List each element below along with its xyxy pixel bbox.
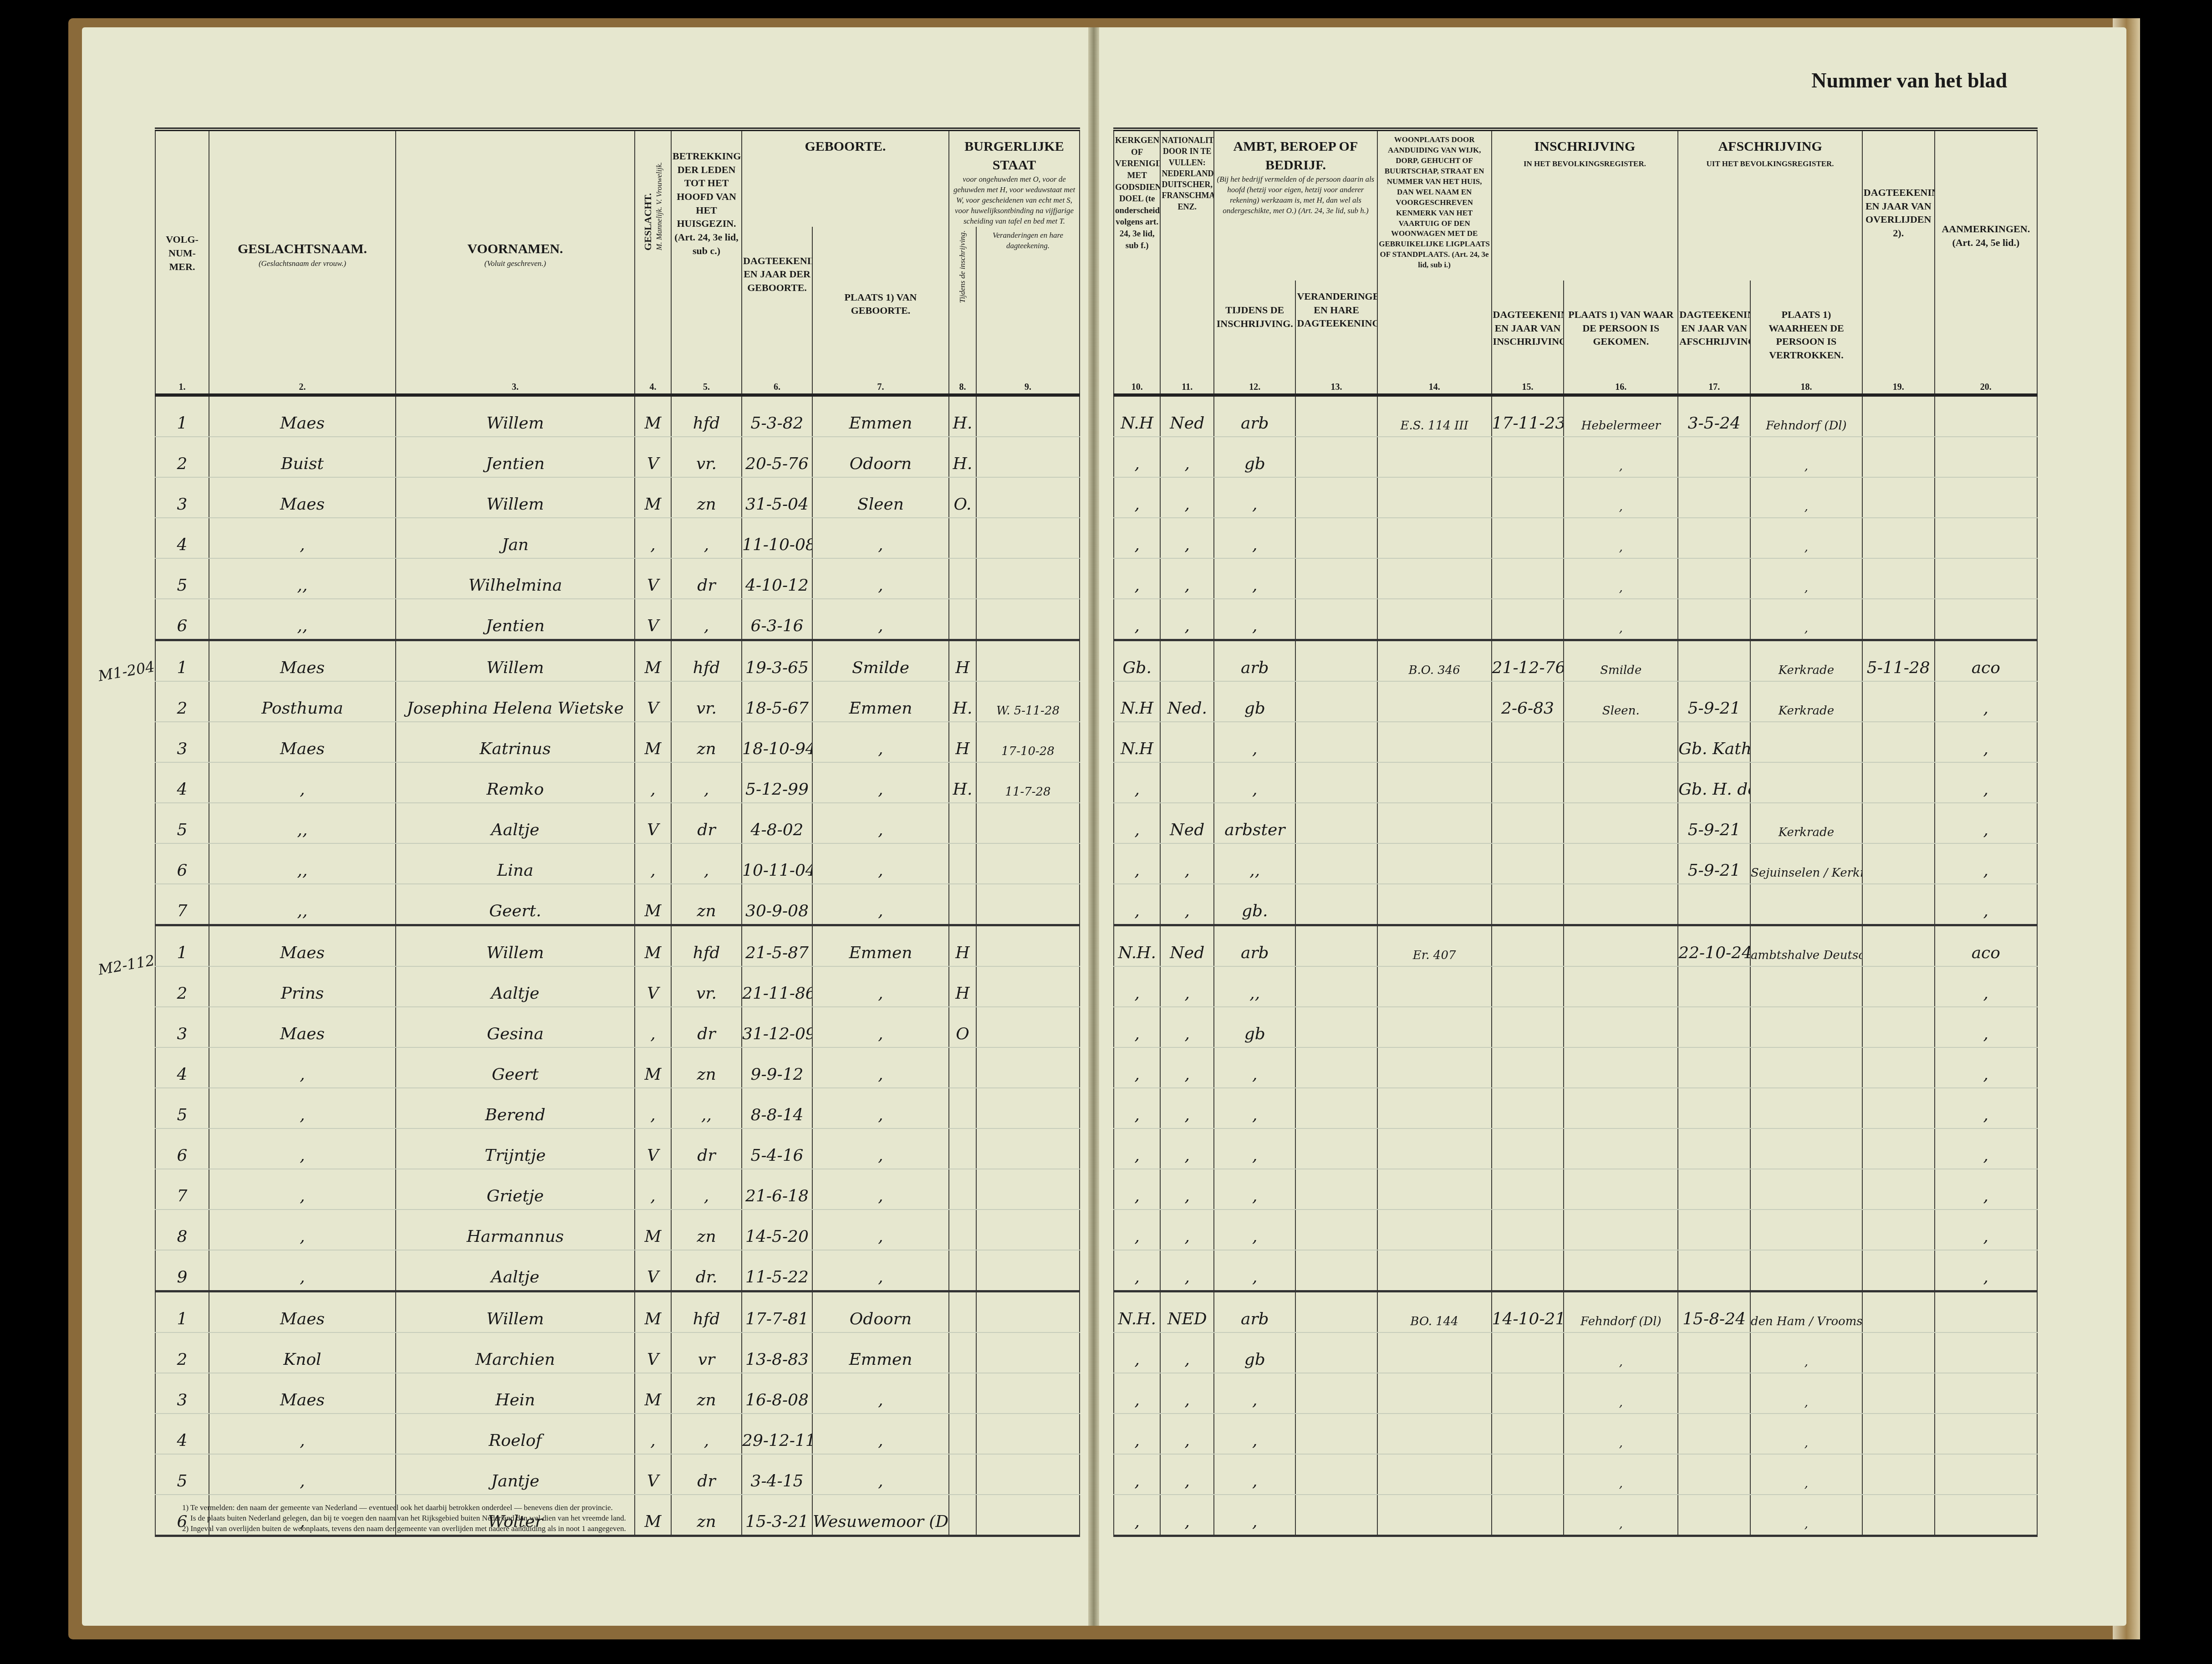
cell-dob: 11-5-22 [742, 1250, 812, 1291]
cell-woon [1377, 1088, 1492, 1128]
cell-pob: Emmen [812, 925, 949, 967]
cell-dob: 31-12-09 [742, 1007, 812, 1047]
cell-ber_ch [1295, 843, 1377, 884]
cell-aant [1935, 1495, 2037, 1536]
cell-sur: Buist [209, 437, 396, 477]
col-aanmerkingen-header: AANMERKINGEN. (Art. 24, 5e lid.) [1935, 129, 2037, 372]
cell-st: H. [949, 437, 976, 477]
cell-in_p: , [1564, 1454, 1678, 1495]
cell-ber_ch [1295, 1210, 1377, 1250]
cell-nat: Ned [1160, 395, 1214, 437]
cell-ch [976, 558, 1080, 599]
cell-woon [1377, 599, 1492, 640]
burgerlijke-staat-group-header: BURGERLIJKE STAATvoor ongehuwden met O, … [949, 129, 1080, 227]
cell-st [949, 1373, 976, 1414]
cell-nat: , [1160, 1250, 1214, 1291]
cell-beroep: , [1214, 1454, 1295, 1495]
cell-nat: , [1160, 518, 1214, 558]
cell-kerk: , [1114, 884, 1160, 925]
register-row: 5,,AaltjeVdr4-8-02, [155, 803, 1080, 843]
cell-in_p: , [1564, 599, 1678, 640]
cell-dob: 15-3-21 [742, 1495, 812, 1536]
cell-beroep: ,, [1214, 843, 1295, 884]
cell-kerk: , [1114, 477, 1160, 518]
cell-aant [1935, 558, 2037, 599]
cell-dob: 13-8-83 [742, 1332, 812, 1373]
col-afschrijving-plaats-header: PLAATS 1) WAARHEEN DE PERSOON IS VERTROK… [1750, 281, 1862, 372]
cell-in_d [1492, 1128, 1564, 1169]
cell-ber_ch [1295, 803, 1377, 843]
cell-sex: M [635, 640, 671, 682]
cell-dob: 19-3-65 [742, 640, 812, 682]
cell-in_p: , [1564, 1332, 1678, 1373]
cell-af_p: , [1750, 1495, 1862, 1536]
cell-woon: E.S. 114 III [1377, 395, 1492, 437]
cell-rel: , [671, 518, 742, 558]
cell-af_d [1678, 1373, 1750, 1414]
cell-ber_ch [1295, 395, 1377, 437]
cell-n: 4 [155, 1414, 209, 1454]
cell-ch [976, 1291, 1080, 1333]
cell-woon [1377, 437, 1492, 477]
cell-ber_ch [1295, 1250, 1377, 1291]
col-overlijden-header: DAGTEEKENING EN JAAR VAN OVERLIJDEN 2). [1862, 129, 1935, 372]
register-row: ,,,,, [1114, 599, 2037, 640]
cell-dood [1862, 437, 1935, 477]
cell-rel: , [671, 599, 742, 640]
register-row: 6,,JentienV,6-3-16, [155, 599, 1080, 640]
cell-dob: 30-9-08 [742, 884, 812, 925]
cell-woon [1377, 1414, 1492, 1454]
cell-woon: BO. 144 [1377, 1291, 1492, 1333]
cell-pob: , [812, 1047, 949, 1088]
cell-beroep: , [1214, 1128, 1295, 1169]
cell-aant [1935, 437, 2037, 477]
cell-rel: zn [671, 477, 742, 518]
register-row: N.H.NedarbEr. 40722-10-24ambtshalve Deut… [1114, 925, 2037, 967]
cell-woon: Er. 407 [1377, 925, 1492, 967]
cell-sex: M [635, 395, 671, 437]
cell-in_p: , [1564, 437, 1678, 477]
cell-nat: , [1160, 599, 1214, 640]
cell-sex: M [635, 1210, 671, 1250]
cell-n: 4 [155, 518, 209, 558]
cell-st [949, 1332, 976, 1373]
cell-nat: , [1160, 1454, 1214, 1495]
cell-rel: dr [671, 558, 742, 599]
cell-af_d [1678, 1495, 1750, 1536]
cell-pob: Emmen [812, 681, 949, 722]
cell-dood [1862, 395, 1935, 437]
cell-kerk: , [1114, 1128, 1160, 1169]
cell-pob: , [812, 722, 949, 762]
cell-given: Aaltje [396, 1250, 635, 1291]
col-inschrijving-datum-header: DAGTEEKENING EN JAAR VAN INSCHRIJVING. [1492, 281, 1564, 372]
register-row: ,,,, [1114, 1047, 2037, 1088]
cell-pob: , [812, 1128, 949, 1169]
cell-pob: , [812, 1373, 949, 1414]
cell-af_p: , [1750, 1454, 1862, 1495]
cell-af_d [1678, 1169, 1750, 1210]
cell-ch [976, 1169, 1080, 1210]
cell-given: Willem [396, 477, 635, 518]
cell-af_p: Kerkrade [1750, 640, 1862, 682]
cell-sex: M [635, 925, 671, 967]
cell-rel: dr. [671, 1250, 742, 1291]
cell-dob: 16-8-08 [742, 1373, 812, 1414]
cell-sur: Maes [209, 1373, 396, 1414]
cell-woon [1377, 884, 1492, 925]
cell-st [949, 1250, 976, 1291]
cell-af_d [1678, 1047, 1750, 1088]
cell-dood [1862, 762, 1935, 803]
register-row: N.HNed.gb2-6-83Sleen.5-9-21Kerkrade, [1114, 681, 2037, 722]
cell-ber_ch [1295, 884, 1377, 925]
cell-in_d [1492, 1454, 1564, 1495]
cell-in_d [1492, 1047, 1564, 1088]
cell-ber_ch [1295, 1373, 1377, 1414]
cell-pob: , [812, 1088, 949, 1128]
cell-dob: 21-11-86 [742, 966, 812, 1007]
cell-dood [1862, 1088, 1935, 1128]
cell-af_p [1750, 1007, 1862, 1047]
cell-af_d [1678, 477, 1750, 518]
cell-ch [976, 437, 1080, 477]
cell-in_d [1492, 1373, 1564, 1414]
cell-dob: 20-5-76 [742, 437, 812, 477]
cell-af_p: , [1750, 599, 1862, 640]
cell-st: H. [949, 762, 976, 803]
register-row: 3MaesHeinMzn16-8-08, [155, 1373, 1080, 1414]
cell-nat: , [1160, 884, 1214, 925]
register-row: ,,gb, [1114, 1007, 2037, 1047]
cell-rel: dr [671, 1007, 742, 1047]
cell-pob: , [812, 1007, 949, 1047]
register-row: ,,,,, [1114, 518, 2037, 558]
cell-beroep: gb [1214, 681, 1295, 722]
cell-sur: , [209, 1169, 396, 1210]
cell-nat: , [1160, 1128, 1214, 1169]
cell-dood [1862, 1169, 1935, 1210]
cell-beroep: , [1214, 477, 1295, 518]
cell-woon [1377, 558, 1492, 599]
cell-pob: , [812, 1210, 949, 1250]
cell-ch [976, 1210, 1080, 1250]
register-row: 8,HarmannusMzn14-5-20, [155, 1210, 1080, 1250]
col-geslachtsnaam-header: GESLACHTSNAAM.(Geslachtsnaam der vrouw.) [209, 129, 396, 372]
cell-aant: , [1935, 722, 2037, 762]
cell-in_p: Hebelermeer [1564, 395, 1678, 437]
cell-nat: , [1160, 1169, 1214, 1210]
cell-af_d: 3-5-24 [1678, 395, 1750, 437]
cell-af_d [1678, 599, 1750, 640]
cell-woon [1377, 762, 1492, 803]
cell-pob: Odoorn [812, 437, 949, 477]
cell-rel: ,, [671, 1088, 742, 1128]
cell-nat: , [1160, 1088, 1214, 1128]
cell-aant [1935, 518, 2037, 558]
cell-in_p [1564, 1007, 1678, 1047]
register-row: 5,JantjeVdr3-4-15, [155, 1454, 1080, 1495]
cell-af_p: , [1750, 518, 1862, 558]
cell-af_d [1678, 1210, 1750, 1250]
cell-sur: ,, [209, 558, 396, 599]
cell-kerk: , [1114, 599, 1160, 640]
cell-st [949, 599, 976, 640]
cell-af_d [1678, 884, 1750, 925]
cell-rel: vr [671, 1332, 742, 1373]
register-row: 5,Berend,,,8-8-14, [155, 1088, 1080, 1128]
cell-kerk: , [1114, 1169, 1160, 1210]
cell-in_d: 14-10-21 [1492, 1291, 1564, 1333]
cell-sur: Maes [209, 477, 396, 518]
col-inschrijving-plaats-header: PLAATS 1) VAN WAAR DE PERSOON IS GEKOMEN… [1564, 281, 1678, 372]
cell-st [949, 518, 976, 558]
cell-woon [1377, 681, 1492, 722]
cell-in_d: 21-12-76 [1492, 640, 1564, 682]
cell-rel: hfd [671, 640, 742, 682]
cell-dood [1862, 1495, 1935, 1536]
cell-n: 1 [155, 395, 209, 437]
cell-sur: , [209, 1250, 396, 1291]
cell-woon [1377, 803, 1492, 843]
cell-nat: NED [1160, 1291, 1214, 1333]
register-row: ,,gb., [1114, 884, 2037, 925]
cell-af_p: Sejuinselen / Kerkrade [1750, 843, 1862, 884]
cell-ber_ch [1295, 762, 1377, 803]
cell-af_d [1678, 518, 1750, 558]
right-register-body: N.HNedarbE.S. 114 III17-11-23Hebelermeer… [1114, 395, 2037, 1536]
cell-beroep: , [1214, 722, 1295, 762]
cell-kerk: , [1114, 1414, 1160, 1454]
cell-st [949, 1291, 976, 1333]
cell-beroep: , [1214, 1414, 1295, 1454]
cell-ber_ch [1295, 1291, 1377, 1333]
col-volgnummer-header: VOLG-NUM-MER. [155, 129, 209, 372]
cell-ch [976, 599, 1080, 640]
cell-in_d [1492, 599, 1564, 640]
cell-in_p: , [1564, 477, 1678, 518]
cell-af_d: 5-9-21 [1678, 803, 1750, 843]
cell-n: 1 [155, 1291, 209, 1333]
cell-sex: V [635, 1332, 671, 1373]
cell-sur: , [209, 762, 396, 803]
cell-ch [976, 803, 1080, 843]
register-row: ,,,, [1114, 1169, 2037, 1210]
cell-kerk: , [1114, 518, 1160, 558]
cell-sur: , [209, 518, 396, 558]
cell-sex: V [635, 681, 671, 722]
cell-sex: M [635, 1495, 671, 1536]
register-row: ,,,,, [1114, 477, 2037, 518]
cell-given: Wilhelmina [396, 558, 635, 599]
cell-sur: Prins [209, 966, 396, 1007]
cell-kerk: , [1114, 1088, 1160, 1128]
cell-in_p [1564, 966, 1678, 1007]
cell-in_d [1492, 1088, 1564, 1128]
cell-sur: , [209, 1047, 396, 1088]
cell-n: 1 [155, 640, 209, 682]
cell-kerk: , [1114, 1250, 1160, 1291]
cell-sur: , [209, 1454, 396, 1495]
cell-aant [1935, 1291, 2037, 1333]
cell-n: 6 [155, 599, 209, 640]
cell-af_p: , [1750, 1332, 1862, 1373]
cell-af_d [1678, 966, 1750, 1007]
cell-nat: Ned. [1160, 681, 1214, 722]
cell-kerk: N.H [1114, 681, 1160, 722]
footnotes: 1) Te vermelden: den naam der gemeente v… [182, 1503, 626, 1534]
cell-kerk: , [1114, 1047, 1160, 1088]
cell-dood [1862, 1047, 1935, 1088]
register-row: 5,,WilhelminaVdr4-10-12, [155, 558, 1080, 599]
cell-woon [1377, 1007, 1492, 1047]
cell-woon [1377, 477, 1492, 518]
register-row: ,,,,, [1114, 558, 2037, 599]
cell-beroep: , [1214, 558, 1295, 599]
cell-dob: 31-5-04 [742, 477, 812, 518]
cell-aant: , [1935, 843, 2037, 884]
cell-in_p [1564, 1047, 1678, 1088]
cell-n: 7 [155, 884, 209, 925]
register-row: 4,Remko,,5-12-99,H.11-7-28 [155, 762, 1080, 803]
cell-dood [1862, 1250, 1935, 1291]
cell-dood [1862, 1210, 1935, 1250]
cell-ch [976, 640, 1080, 682]
cell-beroep: , [1214, 1169, 1295, 1210]
register-row: 6,,Lina,,10-11-04, [155, 843, 1080, 884]
cell-sur: Maes [209, 722, 396, 762]
cell-in_p: Fehndorf (Dl) [1564, 1291, 1678, 1333]
cell-aant [1935, 1373, 2037, 1414]
cell-ber_ch [1295, 1495, 1377, 1536]
cell-af_p: , [1750, 558, 1862, 599]
cell-aant: , [1935, 681, 2037, 722]
cell-in_p: , [1564, 1414, 1678, 1454]
cell-woon [1377, 1047, 1492, 1088]
cell-rel: dr [671, 1128, 742, 1169]
cell-dob: 5-4-16 [742, 1128, 812, 1169]
cell-ber_ch [1295, 1454, 1377, 1495]
cell-beroep: gb [1214, 1332, 1295, 1373]
register-row: ,,,, [1114, 1210, 2037, 1250]
register-row: ,,,,, [1114, 1454, 2037, 1495]
register-row: ,,,,, [1114, 1373, 2037, 1414]
cell-sur: Knol [209, 1332, 396, 1373]
cell-pob: Wesuwemoor (Dl) [812, 1495, 949, 1536]
register-row: 2PosthumaJosephina Helena WietskeVvr.18-… [155, 681, 1080, 722]
cell-ch [976, 925, 1080, 967]
cell-st [949, 1128, 976, 1169]
register-row: 2PrinsAaltjeVvr.21-11-86,H [155, 966, 1080, 1007]
cell-af_p [1750, 1210, 1862, 1250]
cell-kerk: , [1114, 1332, 1160, 1373]
cell-in_p [1564, 1210, 1678, 1250]
cell-dood [1862, 1454, 1935, 1495]
register-row: ,Nedarbster5-9-21Kerkrade, [1114, 803, 2037, 843]
cell-ber_ch [1295, 722, 1377, 762]
cell-af_p: Kerkrade [1750, 681, 1862, 722]
cell-sex: , [635, 1088, 671, 1128]
cell-dood [1862, 1128, 1935, 1169]
cell-af_d: 5-9-21 [1678, 843, 1750, 884]
inschrijving-group-header: INSCHRIJVINGIN HET BEVOLKINGSREGISTER. [1492, 129, 1678, 281]
cell-af_p [1750, 1128, 1862, 1169]
cell-beroep: arb [1214, 925, 1295, 967]
register-row: ,,,, [1114, 1088, 2037, 1128]
cell-given: Jantje [396, 1454, 635, 1495]
cell-rel: hfd [671, 395, 742, 437]
cell-in_d [1492, 1210, 1564, 1250]
cell-beroep: gb [1214, 437, 1295, 477]
cell-beroep: arb [1214, 1291, 1295, 1333]
cell-in_p [1564, 884, 1678, 925]
cell-kerk: N.H [1114, 722, 1160, 762]
register-row: 3MaesGesina,dr31-12-09,O [155, 1007, 1080, 1047]
cell-ber_ch [1295, 599, 1377, 640]
cell-sex: V [635, 1454, 671, 1495]
cell-rel: dr [671, 1454, 742, 1495]
cell-ch: W. 5-11-28 [976, 681, 1080, 722]
cell-sex: V [635, 1128, 671, 1169]
cell-beroep: , [1214, 1495, 1295, 1536]
cell-st: O. [949, 477, 976, 518]
cell-rel: zn [671, 884, 742, 925]
cell-sur: , [209, 1414, 396, 1454]
cell-st [949, 1169, 976, 1210]
cell-pob: , [812, 558, 949, 599]
cell-nat [1160, 640, 1214, 682]
cell-aant: , [1935, 1128, 2037, 1169]
register-row: ,,,, [1114, 1250, 2037, 1291]
cell-in_d [1492, 1332, 1564, 1373]
cell-rel: dr [671, 803, 742, 843]
cell-st: H [949, 966, 976, 1007]
cell-n: 3 [155, 477, 209, 518]
cell-dood [1862, 803, 1935, 843]
cell-sex: V [635, 437, 671, 477]
cell-sex: M [635, 477, 671, 518]
cell-dood [1862, 681, 1935, 722]
cell-af_d: Gb. H. de Vries [1678, 762, 1750, 803]
cell-st: H. [949, 681, 976, 722]
cell-in_p: , [1564, 1373, 1678, 1414]
cell-st [949, 1088, 976, 1128]
cell-in_p [1564, 843, 1678, 884]
cell-in_d [1492, 843, 1564, 884]
cell-sex: V [635, 1250, 671, 1291]
cell-ch [976, 395, 1080, 437]
cell-in_p [1564, 1169, 1678, 1210]
cell-st: H [949, 640, 976, 682]
cell-nat: Ned [1160, 925, 1214, 967]
cell-in_d [1492, 1169, 1564, 1210]
register-row: 7,Grietje,,21-6-18, [155, 1169, 1080, 1210]
cell-aant [1935, 599, 2037, 640]
cell-st [949, 1210, 976, 1250]
cell-pob: , [812, 884, 949, 925]
col-geboortedatum-header: DAGTEEKENING EN JAAR DER GEBOORTE. [742, 227, 812, 372]
cell-af_d [1678, 1250, 1750, 1291]
cell-ber_ch [1295, 1088, 1377, 1128]
register-row: 4,Roelof,,29-12-11, [155, 1414, 1080, 1454]
cell-in_p: Sleen. [1564, 681, 1678, 722]
cell-dob: 29-12-11 [742, 1414, 812, 1454]
cell-pob: , [812, 762, 949, 803]
cell-sex: V [635, 558, 671, 599]
cell-beroep: , [1214, 599, 1295, 640]
cell-aant: , [1935, 1088, 2037, 1128]
